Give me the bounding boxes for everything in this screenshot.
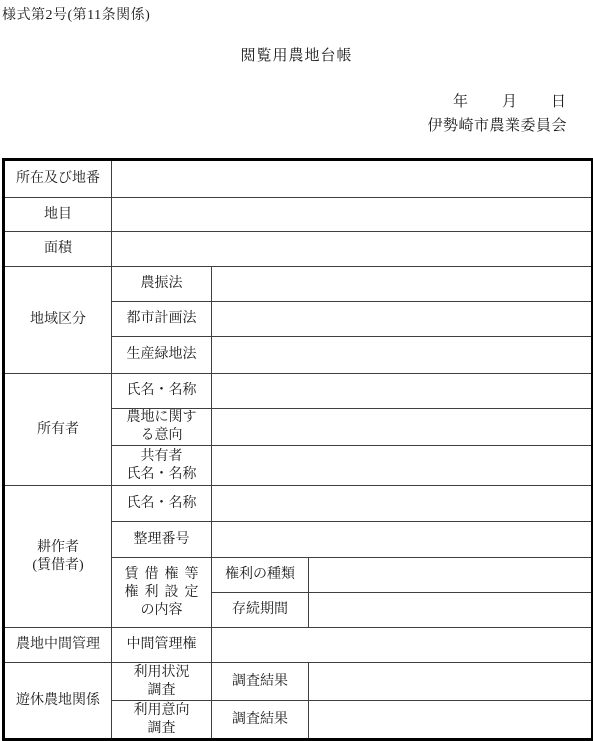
value-intermediate-right (212, 628, 593, 663)
table-row: 遊休農地関係 利用状況 調査 調査結果 (4, 663, 593, 701)
label-intention-survey: 利用意向 調査 (112, 701, 212, 740)
value-area (112, 232, 593, 267)
label-intermediate-management: 農地中間管理 (4, 628, 112, 663)
farmland-ledger-table: 所在及び地番 地目 面積 地域区分 農振法 都市計画法 生産緑地法 (2, 158, 593, 741)
value-city-planning-law (212, 302, 593, 337)
committee-name: 伊勢崎市農業委員会 (427, 114, 567, 135)
value-land-category (112, 198, 593, 232)
value-productive-green-law (212, 337, 593, 374)
page-title: 閲覧用農地台帳 (0, 44, 593, 65)
label-intention-survey-result: 調査結果 (212, 701, 309, 740)
value-location (112, 160, 593, 198)
value-owner-name (212, 374, 593, 409)
value-usage-survey-result (309, 663, 593, 701)
date-year-label: 年 (453, 90, 468, 111)
label-lease-right: 賃借権等 権利設定 の内容 (112, 558, 212, 628)
label-usage-survey: 利用状況 調査 (112, 663, 212, 701)
label-land-category: 地目 (4, 198, 112, 232)
label-cultivator: 耕作者 (賃借者) (4, 486, 112, 628)
table-row: 耕作者 (賃借者) 氏名・名称 (4, 486, 593, 522)
label-owner: 所有者 (4, 374, 112, 486)
label-idle-farmland: 遊休農地関係 (4, 663, 112, 740)
value-cultivator-name (212, 486, 593, 522)
document-page: 様式第2号(第11条関係) 閲覧用農地台帳 年 月 日 伊勢崎市農業委員会 所在… (0, 0, 593, 741)
label-reference-number: 整理番号 (112, 522, 212, 558)
value-duration (309, 593, 593, 628)
value-intention-survey-result (309, 701, 593, 740)
label-co-owner: 共有者 氏名・名称 (112, 446, 212, 486)
label-productive-green-law: 生産緑地法 (112, 337, 212, 374)
label-cultivator-name: 氏名・名称 (112, 486, 212, 522)
date-line: 年 月 日 (453, 90, 566, 111)
label-right-type: 権利の種類 (212, 558, 309, 593)
form-number: 様式第2号(第11条関係) (2, 4, 150, 24)
label-intermediate-right: 中間管理権 (112, 628, 212, 663)
date-day-label: 日 (551, 90, 566, 111)
value-co-owner-name (212, 446, 593, 486)
label-nousin-law: 農振法 (112, 267, 212, 302)
label-area-classification: 地域区分 (4, 267, 112, 374)
label-duration: 存続期間 (212, 593, 309, 628)
label-area: 面積 (4, 232, 112, 267)
label-usage-survey-result: 調査結果 (212, 663, 309, 701)
table-row: 農地中間管理 中間管理権 (4, 628, 593, 663)
table-row: 所在及び地番 (4, 160, 593, 198)
table-row: 地域区分 農振法 (4, 267, 593, 302)
value-reference-number (212, 522, 593, 558)
label-city-planning-law: 都市計画法 (112, 302, 212, 337)
label-owner-intention: 農地に関す る意向 (112, 409, 212, 446)
label-location: 所在及び地番 (4, 160, 112, 198)
table-row: 面積 (4, 232, 593, 267)
table-row: 地目 (4, 198, 593, 232)
value-right-type (309, 558, 593, 593)
value-owner-intention (212, 409, 593, 446)
table-row: 所有者 氏名・名称 (4, 374, 593, 409)
value-nousin-law (212, 267, 593, 302)
label-owner-name: 氏名・名称 (112, 374, 212, 409)
date-month-label: 月 (502, 90, 517, 111)
